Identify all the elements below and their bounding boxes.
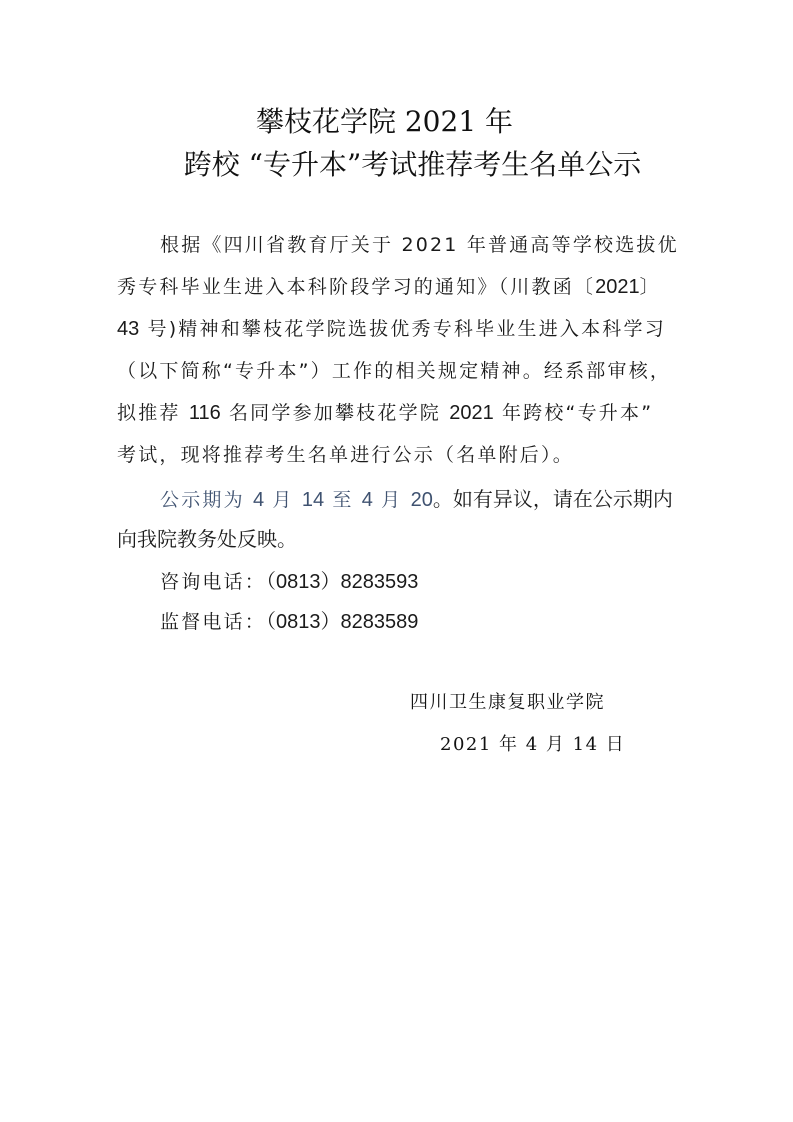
- text-span: 名同学参加攀枝花学院: [221, 402, 449, 424]
- text-span: 月: [373, 489, 411, 511]
- text-span: 秀专科毕业生进入本科阶段学习的通知》（川教函〔: [117, 276, 595, 298]
- text-span: 〕: [640, 276, 661, 298]
- paragraph1-line6: 考试，现将推荐考生名单进行公示（名单附后）。: [117, 440, 574, 467]
- text-span: 号)精神和攀枝花学院选拔优秀专科毕业生进入本科学习: [139, 318, 666, 340]
- date-number: 14: [302, 489, 324, 511]
- paragraph1-line5: 拟推荐 116 名同学参加攀枝花学院 2021 年跨校“专升本”: [117, 398, 653, 425]
- date-number: 4: [253, 489, 264, 511]
- text-span: 月: [264, 489, 302, 511]
- consult-phone: 咨询电话：（0813）8283593: [160, 565, 418, 594]
- date-number: 20: [411, 489, 433, 511]
- text-span: 拟推荐: [117, 402, 189, 424]
- signature-date: 2021 年 4 月 14 日: [440, 730, 625, 756]
- date-number: 4: [362, 489, 373, 511]
- paragraph2-line1: 公示期为 4 月 14 至 4 月 20。如有异议，请在公示期内: [160, 483, 673, 512]
- paragraph1-line3: 43 号)精神和攀枝花学院选拔优秀专科毕业生进入本科学习: [117, 314, 666, 341]
- student-count: 116: [189, 402, 221, 424]
- text-span: 。如有异议，请在公示期内: [433, 487, 673, 511]
- year-number: 2021: [595, 276, 640, 298]
- document-title-line1: 攀枝花学院 2021 年: [0, 100, 781, 140]
- paragraph2-line2: 向我院教务处反映。: [117, 523, 297, 552]
- signature-org: 四川卫生康复职业学院: [410, 688, 605, 714]
- paragraph1-line2: 秀专科毕业生进入本科阶段学习的通知》（川教函〔2021〕: [117, 272, 661, 299]
- text-span: 公示期为: [160, 489, 253, 511]
- consult-phone-number: （0813）8283593: [266, 571, 418, 593]
- document-title-line2: 跨校 “专升本”考试推荐考生名单公示: [16, 143, 793, 183]
- year-number: 2021: [449, 402, 494, 424]
- consult-phone-label: 咨询电话：: [160, 571, 266, 593]
- supervise-phone-label: 监督电话：: [160, 611, 266, 633]
- supervise-phone: 监督电话：（0813）8283589: [160, 605, 418, 634]
- text-span: 至: [324, 489, 362, 511]
- paragraph1-line1: 根据《四川省教育厅关于 2021 年普通高等学校选拔优: [160, 230, 679, 257]
- doc-number: 43: [117, 318, 139, 340]
- supervise-phone-number: （0813）8283589: [266, 611, 418, 633]
- text-span: 年跨校“专升本”: [494, 402, 654, 424]
- paragraph1-line4: （以下简称“专升本”）工作的相关规定精神。经系部审核，: [117, 356, 671, 383]
